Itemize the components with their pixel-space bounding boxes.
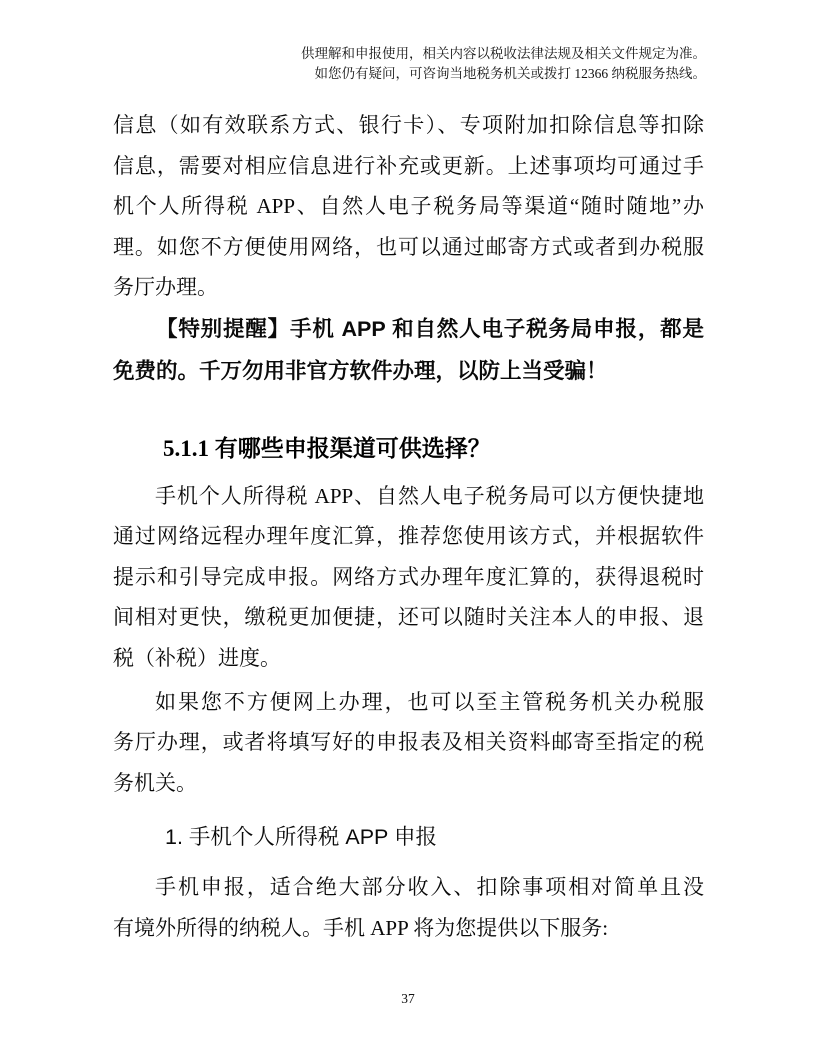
text-line: 提示和引导完成申报。网络方式办理年度汇算的，获得退税时 <box>113 557 704 598</box>
paragraph-continuation: 信息（如有效联系方式、银行卡）、专项附加扣除信息等扣除信息，需要对相应信息进行补… <box>113 105 704 308</box>
header-note-line-2: 如您仍有疑问，可咨询当地税务机关或拨打 12366 纳税服务热线。 <box>301 64 706 84</box>
text-line: 有境外所得的纳税人。手机 APP 将为您提供以下服务: <box>113 908 704 949</box>
text-line: 机个人所得税 APP、自然人电子税务局等渠道“随时随地”办 <box>113 186 704 227</box>
header-note: 供理解和申报使用，相关内容以税收法律法规及相关文件规定为准。 如您仍有疑问，可咨… <box>301 44 706 83</box>
special-reminder-paragraph: 【特别提醒】手机 APP 和自然人电子税务局申报，都是免费的。千万勿用非官方软件… <box>113 308 704 392</box>
header-note-line-1: 供理解和申报使用，相关内容以税收法律法规及相关文件规定为准。 <box>301 44 706 64</box>
text-line: 务厅办理，或者将填写好的申报表及相关资料邮寄至指定的税 <box>113 722 704 763</box>
paragraph-offline-channels: 如果您不方便网上办理，也可以至主管税务机关办税服务厅办理，或者将填写好的申报表及… <box>113 682 704 804</box>
text-line: 信息，需要对相应信息进行补充或更新。上述事项均可通过手 <box>113 146 704 187</box>
page-number: 37 <box>0 991 816 1007</box>
text-line: 手机个人所得税 APP、自然人电子税务局可以方便快捷地 <box>113 476 704 517</box>
text-line: 手机申报，适合绝大部分收入、扣除事项相对简单且没 <box>113 867 704 908</box>
text-column: 信息（如有效联系方式、银行卡）、专项附加扣除信息等扣除信息，需要对相应信息进行补… <box>113 105 704 948</box>
text-line: 如果您不方便网上办理，也可以至主管税务机关办税服 <box>113 682 704 723</box>
document-page: 供理解和申报使用，相关内容以税收法律法规及相关文件规定为准。 如您仍有疑问，可咨… <box>0 0 816 1056</box>
text-line: 【特别提醒】手机 APP 和自然人电子税务局申报，都是 <box>113 308 704 350</box>
paragraph-mobile-filing: 手机申报，适合绝大部分收入、扣除事项相对简单且没有境外所得的纳税人。手机 APP… <box>113 867 704 948</box>
text-line: 务厅办理。 <box>113 267 704 308</box>
text-line: 免费的。千万勿用非官方软件办理，以防上当受骗！ <box>113 350 704 392</box>
text-line: 务机关。 <box>113 763 704 804</box>
text-line: 间相对更快，缴税更加便捷，还可以随时关注本人的申报、退 <box>113 597 704 638</box>
text-line: 理。如您不方便使用网络，也可以通过邮寄方式或者到办税服 <box>113 227 704 268</box>
paragraph-online-channels: 手机个人所得税 APP、自然人电子税务局可以方便快捷地通过网络远程办理年度汇算，… <box>113 476 704 679</box>
section-heading-5-1-1: 5.1.1 有哪些申报渠道可供选择？ <box>113 429 704 470</box>
sub-heading-mobile-app: 1. 手机个人所得税 APP 申报 <box>113 817 704 858</box>
text-line: 信息（如有效联系方式、银行卡）、专项附加扣除信息等扣除 <box>113 105 704 146</box>
text-line: 税（补税）进度。 <box>113 638 704 679</box>
text-line: 通过网络远程办理年度汇算，推荐您使用该方式，并根据软件 <box>113 516 704 557</box>
